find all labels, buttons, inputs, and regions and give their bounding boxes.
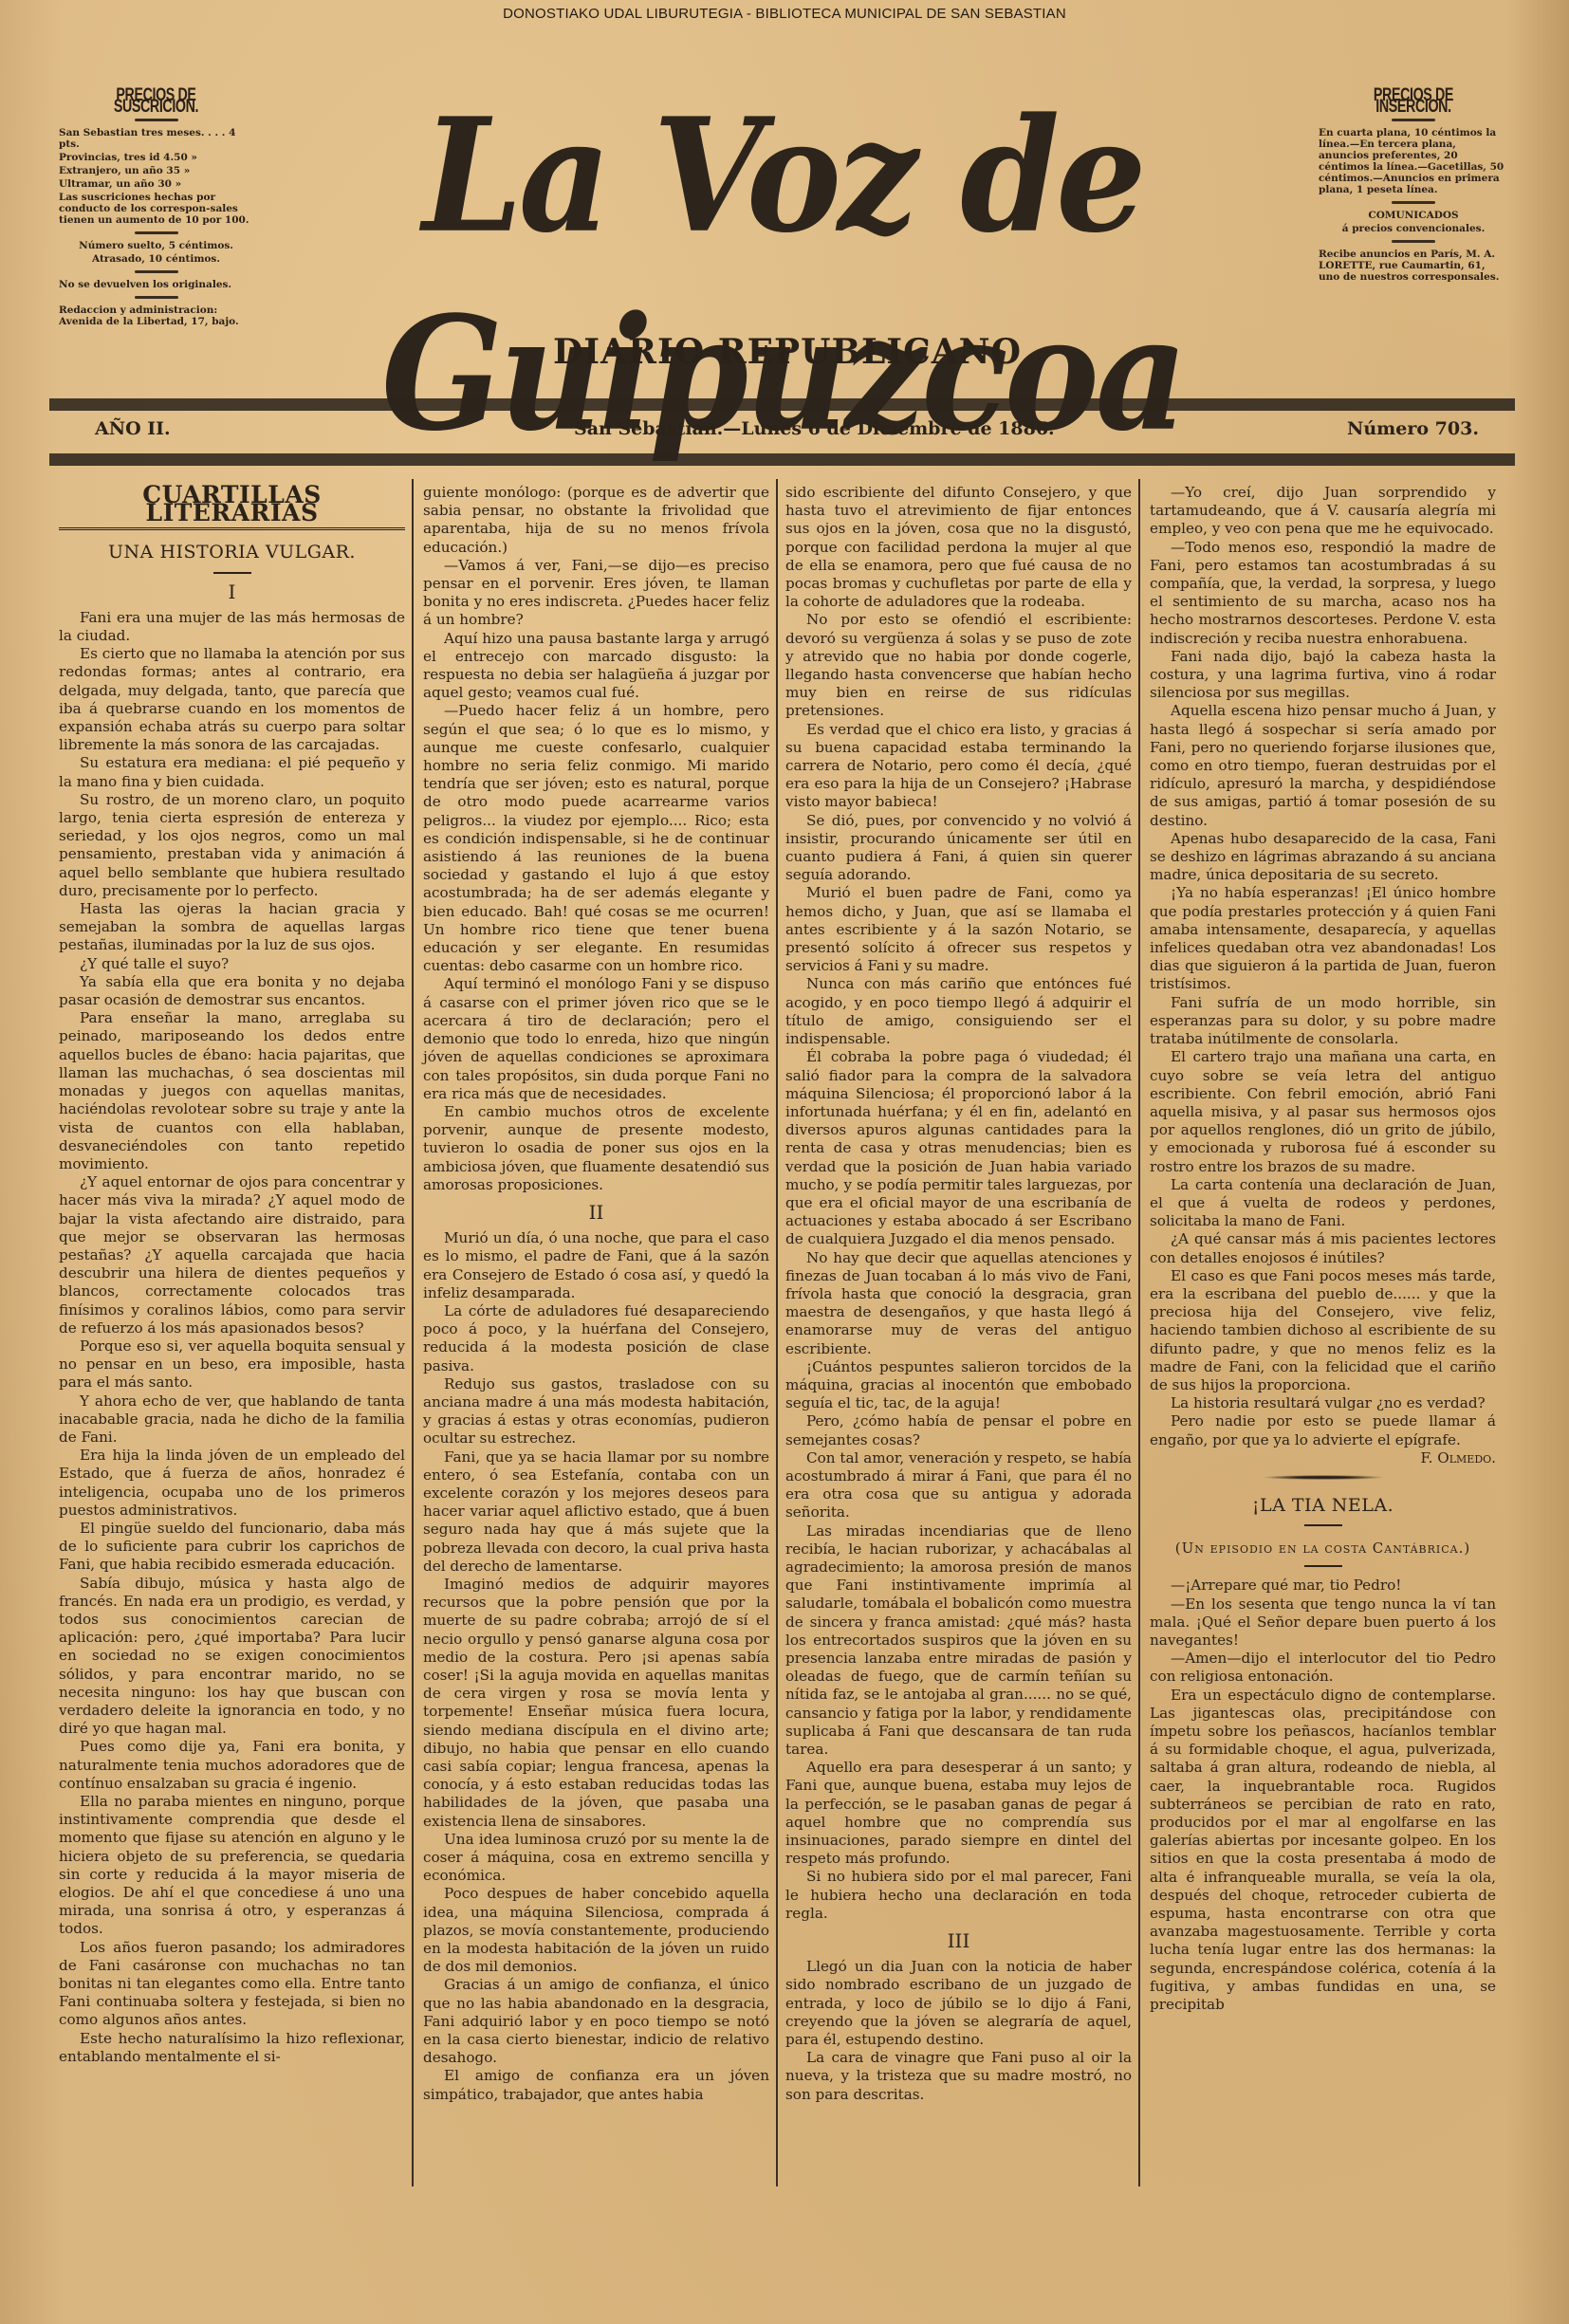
part-number: II: [423, 1204, 769, 1222]
ornament-divider: [1392, 201, 1435, 204]
story-subtitle: (Un episodio en la costa Cantábrica.): [1150, 1540, 1496, 1558]
paragraph: —Yo creí, dijo Juan sorprendido y tartam…: [1150, 484, 1496, 539]
paragraph: Es cierto que no llamaba la atención por…: [59, 645, 405, 754]
column-divider: [776, 479, 778, 2186]
paragraph: La historia resultará vulgar ¿no es verd…: [1150, 1394, 1496, 1412]
single-issue-price: Número suelto, 5 céntimos.: [59, 240, 253, 251]
top-rule: [49, 398, 1515, 411]
paragraph: Fani sufría de un modo horrible, sin esp…: [1150, 994, 1496, 1049]
bottom-rule: [49, 453, 1515, 466]
paragraph: Él cobraba la pobre paga ó viudedad; él …: [785, 1048, 1132, 1248]
short-rule: [1304, 1565, 1342, 1567]
date-label: San Sebastian.—Lunes 6 de Diciembre de 1…: [574, 418, 1055, 439]
paragraph: —En los sesenta que tengo nunca la ví ta…: [1150, 1595, 1496, 1651]
paragraph: Pues como dije ya, Fani era bonita, y na…: [59, 1738, 405, 1793]
paragraph: —Amen—dijo el interlocutor del tio Pedro…: [1150, 1650, 1496, 1686]
column-3: sido escribiente del difunto Consejero, …: [785, 484, 1132, 2104]
paragraph: Poco despues de haber concebido aquella …: [423, 1885, 769, 1976]
paragraph: En cambio muchos otros de excelente porv…: [423, 1103, 769, 1194]
paragraph: Con tal amor, veneración y respeto, se h…: [785, 1449, 1132, 1522]
insertion-prices-box: PRECIOS DE INSERCION. En cuarta plana, 1…: [1319, 90, 1508, 285]
paragraph: Era un espectáculo digno de contemplarse…: [1150, 1687, 1496, 2015]
section-heading: CUARTILLAS LITERARIAS: [59, 486, 405, 530]
paragraph: Ella no paraba mientes en ninguno, porqu…: [59, 1793, 405, 1939]
subscription-prices-box: PRECIOS DE SUSCRICION. San Sebastian tre…: [59, 90, 253, 329]
price-line: Provincias, tres id 4.50 »: [59, 152, 253, 163]
story-title: ¡LA TIA NELA.: [1150, 1497, 1496, 1515]
subscription-prices-title: PRECIOS DE SUSCRICION.: [83, 90, 230, 113]
newspaper-title: La Voz de Guipuzcoa: [251, 77, 1314, 473]
flourish-divider: [1262, 1475, 1385, 1480]
ornament-divider: [1392, 240, 1435, 243]
paragraph: Era hija la linda jóven de un empleado d…: [59, 1447, 405, 1520]
paragraph: Una idea luminosa cruzó por su mente la …: [423, 1831, 769, 1886]
part-number: III: [785, 1932, 1132, 1950]
paragraph: Se dió, pues, por convencido y no volvió…: [785, 812, 1132, 885]
archive-header: DONOSTIAKO UDAL LIBURUTEGIA - BIBLIOTECA…: [0, 6, 1569, 22]
paragraph: No hay que decir que aquellas atenciones…: [785, 1249, 1132, 1358]
paragraph: El pingüe sueldo del funcionario, daba m…: [59, 1520, 405, 1575]
paragraph: Murió un día, ó una noche, que para el c…: [423, 1229, 769, 1302]
paragraph: La carta contenía una declaración de Jua…: [1150, 1176, 1496, 1231]
paragraph: Aquello era para desesperar á un santo; …: [785, 1759, 1132, 1868]
paragraph: —Vamos á ver, Fani,—se dijo—es preciso p…: [423, 557, 769, 630]
paragraph: El amigo de confianza era un jóven simpá…: [423, 2067, 769, 2103]
part-number: I: [59, 583, 405, 601]
comunicados-title: COMUNICADOS: [1319, 210, 1508, 221]
author-signature: F. Olmedo.: [1150, 1449, 1496, 1467]
originals-notice: No se devuelven los originales.: [59, 279, 253, 290]
paragraph: ¿Y qué talle el suyo?: [59, 955, 405, 973]
paragraph: ¡Cuántos pespuntes salieron torcidos de …: [785, 1358, 1132, 1413]
paragraph: Nunca con más cariño que entónces fué ac…: [785, 975, 1132, 1048]
paragraph: Murió el buen padre de Fani, como ya hem…: [785, 884, 1132, 975]
paragraph: Gracias á un amigo de confianza, el únic…: [423, 1976, 769, 2067]
issue-number: Número 703.: [1347, 418, 1479, 439]
paragraph: Hasta las ojeras la hacian gracia y seme…: [59, 900, 405, 955]
paragraph: El caso es que Fani pocos meses más tard…: [1150, 1267, 1496, 1394]
paragraph: El cartero trajo una mañana una carta, e…: [1150, 1048, 1496, 1175]
paragraph: Porque eso si, ver aquella boquita sensu…: [59, 1337, 405, 1393]
column-4: —Yo creí, dijo Juan sorprendido y tartam…: [1150, 484, 1496, 2014]
paragraph: Su estatura era mediana: el pié pequeño …: [59, 754, 405, 790]
paragraph: Fani era una mujer de las más hermosas d…: [59, 609, 405, 645]
short-rule: [213, 572, 251, 574]
paragraph: Apenas hubo desaparecido de la casa, Fan…: [1150, 830, 1496, 885]
paragraph: sido escribiente del difunto Consejero, …: [785, 484, 1132, 611]
ornament-divider: [1392, 119, 1435, 121]
price-line: San Sebastian tres meses. . . . 4 pts.: [59, 127, 253, 150]
ornament-divider: [135, 270, 178, 273]
paragraph: Si no hubiera sido por el mal parecer, F…: [785, 1868, 1132, 1923]
ornament-divider: [135, 119, 178, 121]
paragraph: Aquí terminó el monólogo Fani y se dispu…: [423, 975, 769, 1102]
price-note: Las suscriciones hechas por conducto de …: [59, 192, 253, 226]
dateline: AÑO II. San Sebastian.—Lunes 6 de Diciem…: [57, 418, 1508, 447]
paragraph: La córte de aduladores fué desapareciend…: [423, 1302, 769, 1375]
paragraph: Aquella escena hizo pensar mucho á Juan,…: [1150, 702, 1496, 829]
paragraph: Su rostro, de un moreno claro, un poquit…: [59, 791, 405, 900]
masthead: PRECIOS DE SUSCRICION. San Sebastian tre…: [57, 90, 1518, 394]
insertion-prices-title: PRECIOS DE INSERCION.: [1342, 90, 1485, 113]
comunicados-text: á precios convencionales.: [1319, 223, 1508, 234]
paragraph: guiente monólogo: (porque es de advertir…: [423, 484, 769, 557]
paragraph: —Puedo hacer feliz á un hombre, pero seg…: [423, 702, 769, 975]
paragraph: —Todo menos eso, respondió la madre de F…: [1150, 539, 1496, 648]
paragraph: Es verdad que el chico era listo, y grac…: [785, 721, 1132, 812]
short-rule: [1304, 1524, 1342, 1526]
paragraph: ¿Y aquel entornar de ojos para concentra…: [59, 1173, 405, 1337]
ornament-divider: [135, 296, 178, 299]
newspaper-subtitle: DIARIO REPUBLICANO: [531, 332, 1043, 372]
column-1: CUARTILLAS LITERARIAS UNA HISTORIA VULGA…: [59, 484, 405, 2066]
paragraph: Sabía dibujo, música y hasta algo de fra…: [59, 1575, 405, 1739]
paragraph: No por esto se ofendió el escribiente: d…: [785, 611, 1132, 720]
paragraph: Y ahora echo de ver, que hablando de tan…: [59, 1393, 405, 1448]
paragraph: Las miradas incendiarias que de lleno re…: [785, 1522, 1132, 1760]
paragraph: Pero nadie por esto se puede llamar á en…: [1150, 1412, 1496, 1448]
paragraph: Fani, que ya se hacia llamar por su nomb…: [423, 1448, 769, 1576]
column-2: guiente monólogo: (porque es de advertir…: [423, 484, 769, 2104]
paragraph: ¡Ya no había esperanzas! ¡El único hombr…: [1150, 884, 1496, 993]
year-label: AÑO II.: [95, 418, 171, 439]
price-line: Ultramar, un año 30 »: [59, 178, 253, 190]
paragraph: Aquí hizo una pausa bastante larga y arr…: [423, 630, 769, 703]
column-divider: [1138, 479, 1140, 2186]
column-divider: [412, 479, 414, 2186]
back-issue-price: Atrasado, 10 céntimos.: [59, 253, 253, 265]
paragraph: Redujo sus gastos, trasladose con su anc…: [423, 1375, 769, 1448]
paragraph: Para enseñar la mano, arreglaba su peina…: [59, 1009, 405, 1173]
paragraph: Llegó un dia Juan con la noticia de habe…: [785, 1958, 1132, 2049]
office-address: Redaccion y administracion: Avenida de l…: [59, 304, 253, 327]
paragraph: ¿A qué cansar más á mis pacientes lector…: [1150, 1230, 1496, 1266]
paragraph: Los años fueron pasando; los admiradores…: [59, 1939, 405, 2030]
ornament-divider: [135, 231, 178, 234]
paragraph: Imaginó medios de adquirir mayores recur…: [423, 1576, 769, 1831]
paragraph: La cara de vinagre que Fani puso al oir …: [785, 2049, 1132, 2104]
price-line: Extranjero, un año 35 »: [59, 165, 253, 176]
paragraph: Ya sabía ella que era bonita y no dejaba…: [59, 973, 405, 1009]
paragraph: Fani nada dijo, bajó la cabeza hasta la …: [1150, 648, 1496, 703]
paragraph: —¡Arrepare qué mar, tio Pedro!: [1150, 1577, 1496, 1595]
insertion-rates: En cuarta plana, 10 céntimos la línea.—E…: [1319, 127, 1508, 195]
story-title: UNA HISTORIA VULGAR.: [59, 544, 405, 562]
paragraph: Pero, ¿cómo había de pensar el pobre en …: [785, 1412, 1132, 1448]
paris-agent: Recibe anuncios en París, M. A. LORETTE,…: [1319, 249, 1508, 283]
paragraph: Este hecho naturalísimo la hizo reflexio…: [59, 2030, 405, 2066]
